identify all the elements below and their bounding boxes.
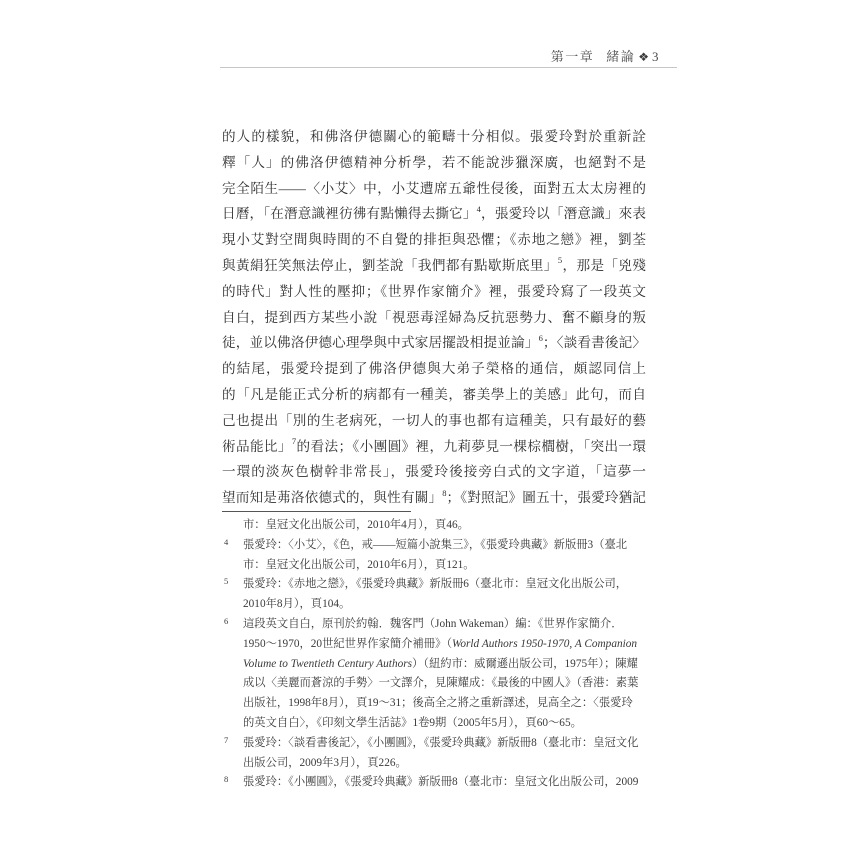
- footnote-line: 成以〈美麗而蒼涼的手勢〉一文譯介，見陳耀成：《最後的中國人》（香港：素葉: [222, 674, 650, 694]
- footnote-text: 的英文自白〉，《印刻文學生活誌》1卷9期（2005年5月），頁60～65。: [243, 717, 582, 729]
- body-line: 釋「人」的佛洛伊德精神分析學，若不能說涉獵深廣，也絕對不是: [222, 150, 646, 176]
- footnote-line: 2010年8月），頁104。: [222, 595, 650, 615]
- footnote-text: 2010年8月），頁104。: [243, 598, 350, 610]
- chapter-title: 緒論: [606, 49, 635, 64]
- footnote-line: 出版社，1998年8月），頁19～31；後高全之將之重新譯述，見高全之：〈張愛玲: [222, 694, 650, 714]
- footnote-line: Volume to Twentieth Century Authors）（紐約市…: [222, 655, 650, 675]
- body-text: 的人的樣貌，和佛洛伊德關心的範疇十分相似。張愛玲對於重新詮釋「人」的佛洛伊德精神…: [222, 124, 646, 511]
- footnote-line: 1950～1970，20世紀世界作家簡介補冊》（World Authors 19…: [222, 635, 650, 655]
- footnote-line: 出版公司，2009年3月），頁226。: [222, 754, 650, 774]
- footnote-line: 4張愛玲：〈小艾〉，《色，戒——短篇小說集三》，《張愛玲典藏》新版冊3（臺北: [222, 536, 650, 556]
- body-line: 徒，並以佛洛伊德心理學與中式家居擺設相提並論」6；〈談看書後記〉: [222, 330, 646, 356]
- footnote-text: Volume to Twentieth Century Authors）（紐約市…: [243, 658, 638, 670]
- footnote-marker: 7: [224, 736, 228, 745]
- footnote-line: 6這段英文自白，原刊於約翰．魏客門（John Wakeman）編：《世界作家簡介…: [222, 615, 650, 635]
- body-line: 的時代」對人性的壓抑；《世界作家簡介》裡，張愛玲寫了一段英文: [222, 279, 646, 305]
- footnote-text: 張愛玲：〈談看書後記〉，《小團圓》，《張愛玲典藏》新版冊8（臺北市：皇冠文化: [243, 737, 638, 749]
- body-line: 自白，提到西方某些小說「視惡毒淫婦為反抗惡勢力、奮不顧身的叛: [222, 305, 646, 331]
- body-line: 一環的淡灰色樹幹非常長」，張愛玲後接旁白式的文字道，「這夢一: [222, 459, 646, 485]
- page-number: 3: [652, 49, 660, 64]
- footnote-line: 市：皇冠文化出版公司，2010年4月），頁46。: [222, 516, 650, 536]
- footnote-line: 的英文自白〉，《印刻文學生活誌》1卷9期（2005年5月），頁60～65。: [222, 714, 650, 734]
- body-line: 術品能比」7的看法；《小團圓》裡，九莉夢見一棵棕櫚樹，「突出一環: [222, 434, 646, 460]
- footnote-text: 市：皇冠文化出版公司，2010年4月），頁46。: [243, 519, 469, 531]
- body-line: 完全陌生——〈小艾〉中，小艾遭席五爺性侵後，面對五太太房裡的: [222, 176, 646, 202]
- footnote-separator-rule: [222, 511, 411, 512]
- footnote-text: 成以〈美麗而蒼涼的手勢〉一文譯介，見陳耀成：《最後的中國人》（香港：素葉: [243, 677, 638, 689]
- running-head: 第一章緒論❖3: [551, 46, 660, 65]
- footnote-marker: 6: [224, 617, 228, 626]
- diamond-icon: ❖: [638, 50, 649, 64]
- body-line: 與黃絹狂笑無法停止，劉荃說「我們都有點歇斯底里」5，那是「兇殘: [222, 253, 646, 279]
- footnote-text: 出版社，1998年8月），頁19～31；後高全之將之重新譯述，見高全之：〈張愛玲: [243, 697, 633, 709]
- body-line: 日曆，「在潛意識裡彷彿有點懶得去撕它」4，張愛玲以「潛意識」來表: [222, 201, 646, 227]
- footnote-line: 8張愛玲：《小團圓》，《張愛玲典藏》新版冊8（臺北市：皇冠文化出版公司，2009: [222, 773, 650, 793]
- footnote-text: 張愛玲：《赤地之戀》，《張愛玲典藏》新版冊6（臺北市：皇冠文化出版公司，: [243, 578, 627, 590]
- footnotes-block: 市：皇冠文化出版公司，2010年4月），頁46。4張愛玲：〈小艾〉，《色，戒——…: [222, 516, 650, 793]
- chapter-label: 第一章: [551, 49, 595, 64]
- body-line: 的人的樣貌，和佛洛伊德關心的範疇十分相似。張愛玲對於重新詮: [222, 124, 646, 150]
- footnote-text: 張愛玲：〈小艾〉，《色，戒——短篇小說集三》，《張愛玲典藏》新版冊3（臺北: [243, 539, 627, 551]
- footnote-marker: 8: [224, 775, 228, 784]
- book-page: 第一章緒論❖3 的人的樣貌，和佛洛伊德關心的範疇十分相似。張愛玲對於重新詮釋「人…: [0, 0, 850, 850]
- header-rule: [220, 67, 677, 68]
- footnote-line: 7張愛玲：〈談看書後記〉，《小團圓》，《張愛玲典藏》新版冊8（臺北市：皇冠文化: [222, 734, 650, 754]
- footnote-text: 張愛玲：《小團圓》，《張愛玲典藏》新版冊8（臺北市：皇冠文化出版公司，2009: [243, 776, 638, 788]
- footnote-marker: 4: [224, 538, 228, 547]
- body-line: 己也提出「別的生老病死，一切人的事也都有這種美，只有最好的藝: [222, 408, 646, 434]
- footnote-marker: 5: [224, 577, 228, 586]
- footnote-text: 這段英文自白，原刊於約翰．魏客門（John Wakeman）編：《世界作家簡介．: [243, 618, 623, 630]
- body-line: 的「凡是能正式分析的病都有一種美，審美學上的美感」此句，而自: [222, 382, 646, 408]
- footnote-line: 市：皇冠文化出版公司，2010年6月），頁121。: [222, 556, 650, 576]
- footnote-text: 市：皇冠文化出版公司，2010年6月），頁121。: [243, 559, 475, 571]
- footnote-text: 出版公司，2009年3月），頁226。: [243, 757, 407, 769]
- body-line: 的結尾，張愛玲提到了佛洛伊德與大弟子榮格的通信，頗認同信上: [222, 356, 646, 382]
- body-line: 現小艾對空間與時間的不自覺的排拒與恐懼；《赤地之戀》裡，劉荃: [222, 227, 646, 253]
- footnote-line: 5張愛玲：《赤地之戀》，《張愛玲典藏》新版冊6（臺北市：皇冠文化出版公司，: [222, 575, 650, 595]
- footnote-text: 1950～1970，20世紀世界作家簡介補冊》（World Authors 19…: [243, 638, 637, 650]
- body-line: 望而知是茀洛依德式的，與性有關」8；《對照記》圖五十，張愛玲猶記: [222, 485, 646, 511]
